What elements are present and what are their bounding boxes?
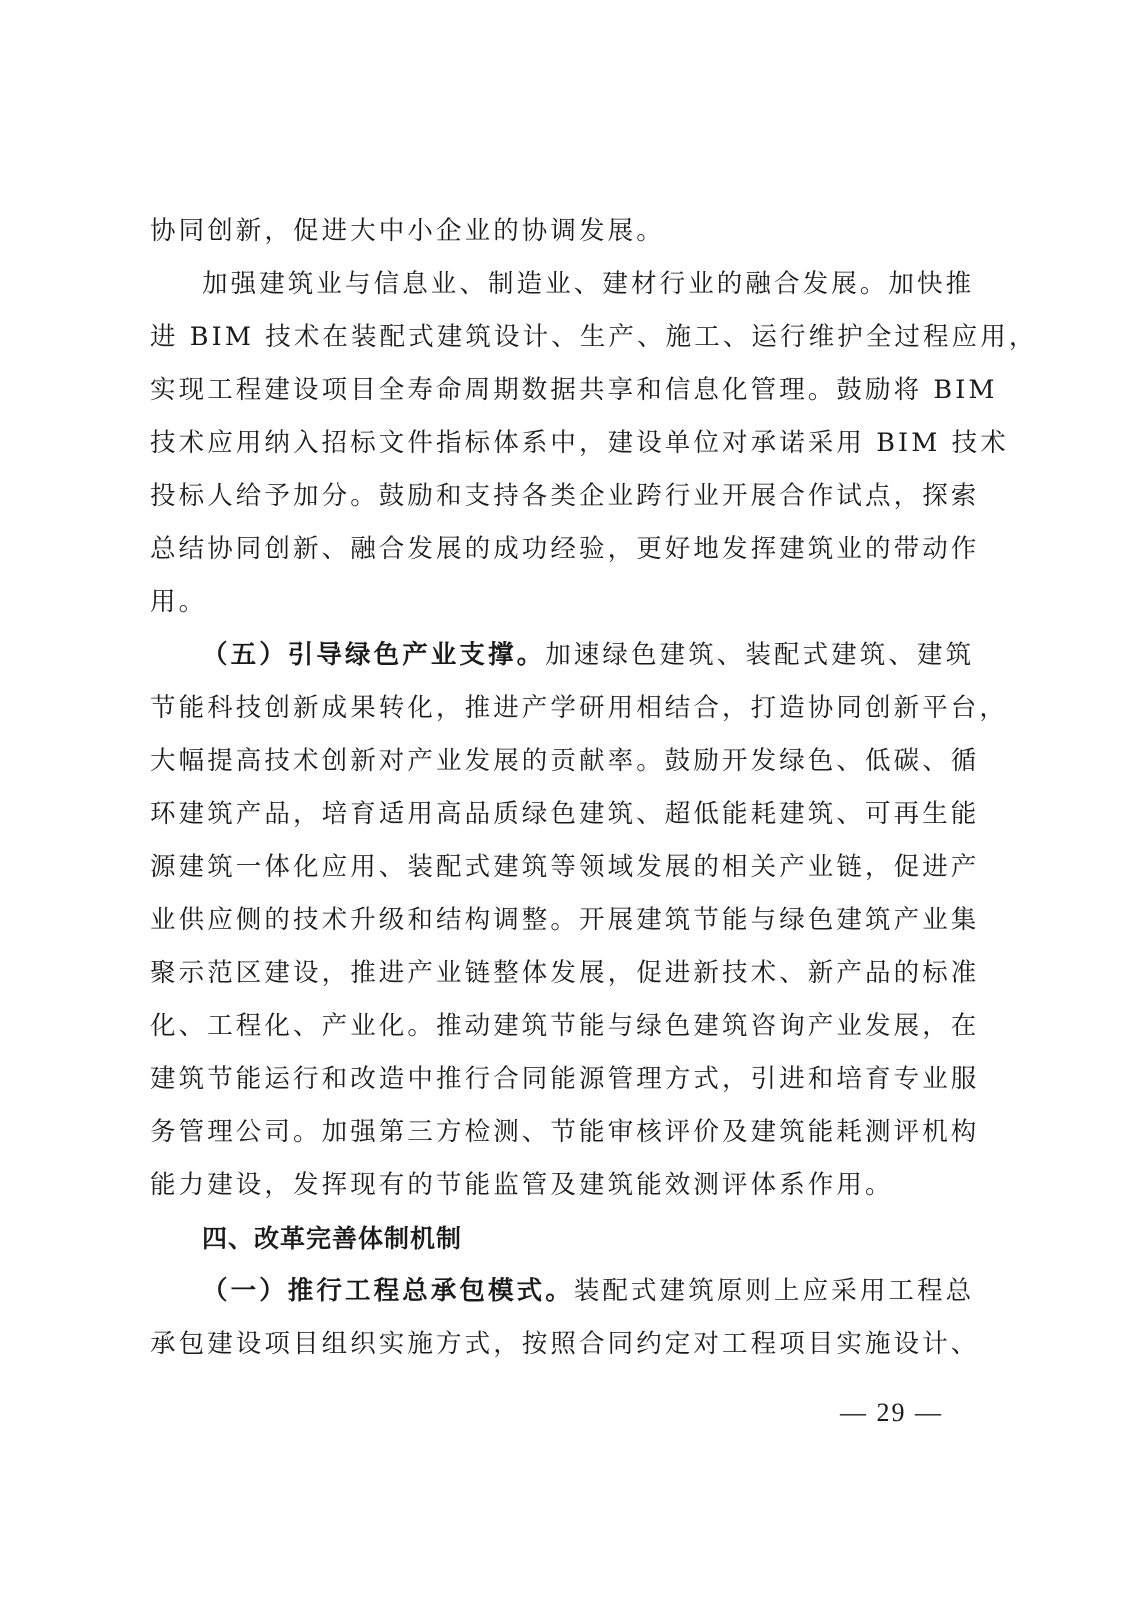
paragraph-line: 化、工程化、产业化。推动建筑节能与绿色建筑咨询产业发展，在 <box>150 1000 972 1053</box>
section-lead-title: （一）推行工程总承包模式。 <box>202 1276 574 1306</box>
paragraph-line: （五）引导绿色产业支撑。加速绿色建筑、装配式建筑、建筑 <box>150 629 972 682</box>
paragraph-line: 业供应侧的技术升级和结构调整。开展建筑节能与绿色建筑产业集 <box>150 894 972 947</box>
paragraph-line: 协同创新，促进大中小企业的协调发展。 <box>150 205 972 258</box>
paragraph-line: 大幅提高技术创新对产业发展的贡献率。鼓励开发绿色、低碳、循 <box>150 735 972 788</box>
paragraph-line: （一）推行工程总承包模式。装配式建筑原则上应采用工程总 <box>150 1265 972 1318</box>
paragraph-line: 节能科技创新成果转化，推进产学研用相结合，打造协同创新平台， <box>150 682 972 735</box>
document-body: 协同创新，促进大中小企业的协调发展。 加强建筑业与信息业、制造业、建材行业的融合… <box>150 205 972 1371</box>
paragraph-line: 加强建筑业与信息业、制造业、建材行业的融合发展。加快推 <box>150 258 972 311</box>
section-heading: 四、改革完善体制机制 <box>150 1212 972 1265</box>
paragraph-line: 环建筑产品，培育适用高品质绿色建筑、超低能耗建筑、可再生能 <box>150 788 972 841</box>
paragraph-line: 务管理公司。加强第三方检测、节能审核评价及建筑能耗测评机构 <box>150 1106 972 1159</box>
paragraph-text: 加速绿色建筑、装配式建筑、建筑 <box>545 640 974 670</box>
paragraph-line: 投标人给予加分。鼓励和支持各类企业跨行业开展合作试点，探索 <box>150 470 972 523</box>
paragraph-line: 实现工程建设项目全寿命周期数据共享和信息化管理。鼓励将 BIM <box>150 364 972 417</box>
paragraph-line: 进 BIM 技术在装配式建筑设计、生产、施工、运行维护全过程应用， <box>150 311 972 364</box>
section-lead-title: （五）引导绿色产业支撑。 <box>202 640 545 670</box>
document-page: 协同创新，促进大中小企业的协调发展。 加强建筑业与信息业、制造业、建材行业的融合… <box>0 0 1131 1600</box>
paragraph-line: 总结协同创新、融合发展的成功经验，更好地发挥建筑业的带动作 <box>150 523 972 576</box>
paragraph-line: 建筑节能运行和改造中推行合同能源管理方式，引进和培育专业服 <box>150 1053 972 1106</box>
paragraph-line: 承包建设项目组织实施方式，按照合同约定对工程项目实施设计、 <box>150 1318 972 1371</box>
paragraph-line: 用。 <box>150 576 972 629</box>
paragraph-line: 技术应用纳入招标文件指标体系中，建设单位对承诺采用 BIM 技术 <box>150 417 972 470</box>
paragraph-text: 装配式建筑原则上应采用工程总 <box>574 1276 974 1306</box>
paragraph-line: 源建筑一体化应用、装配式建筑等领域发展的相关产业链，促进产 <box>150 841 972 894</box>
paragraph-line: 能力建设，发挥现有的节能监管及建筑能效测评体系作用。 <box>150 1159 972 1212</box>
page-number: — 29 — <box>840 1398 943 1428</box>
paragraph-line: 聚示范区建设，推进产业链整体发展，促进新技术、新产品的标准 <box>150 947 972 1000</box>
